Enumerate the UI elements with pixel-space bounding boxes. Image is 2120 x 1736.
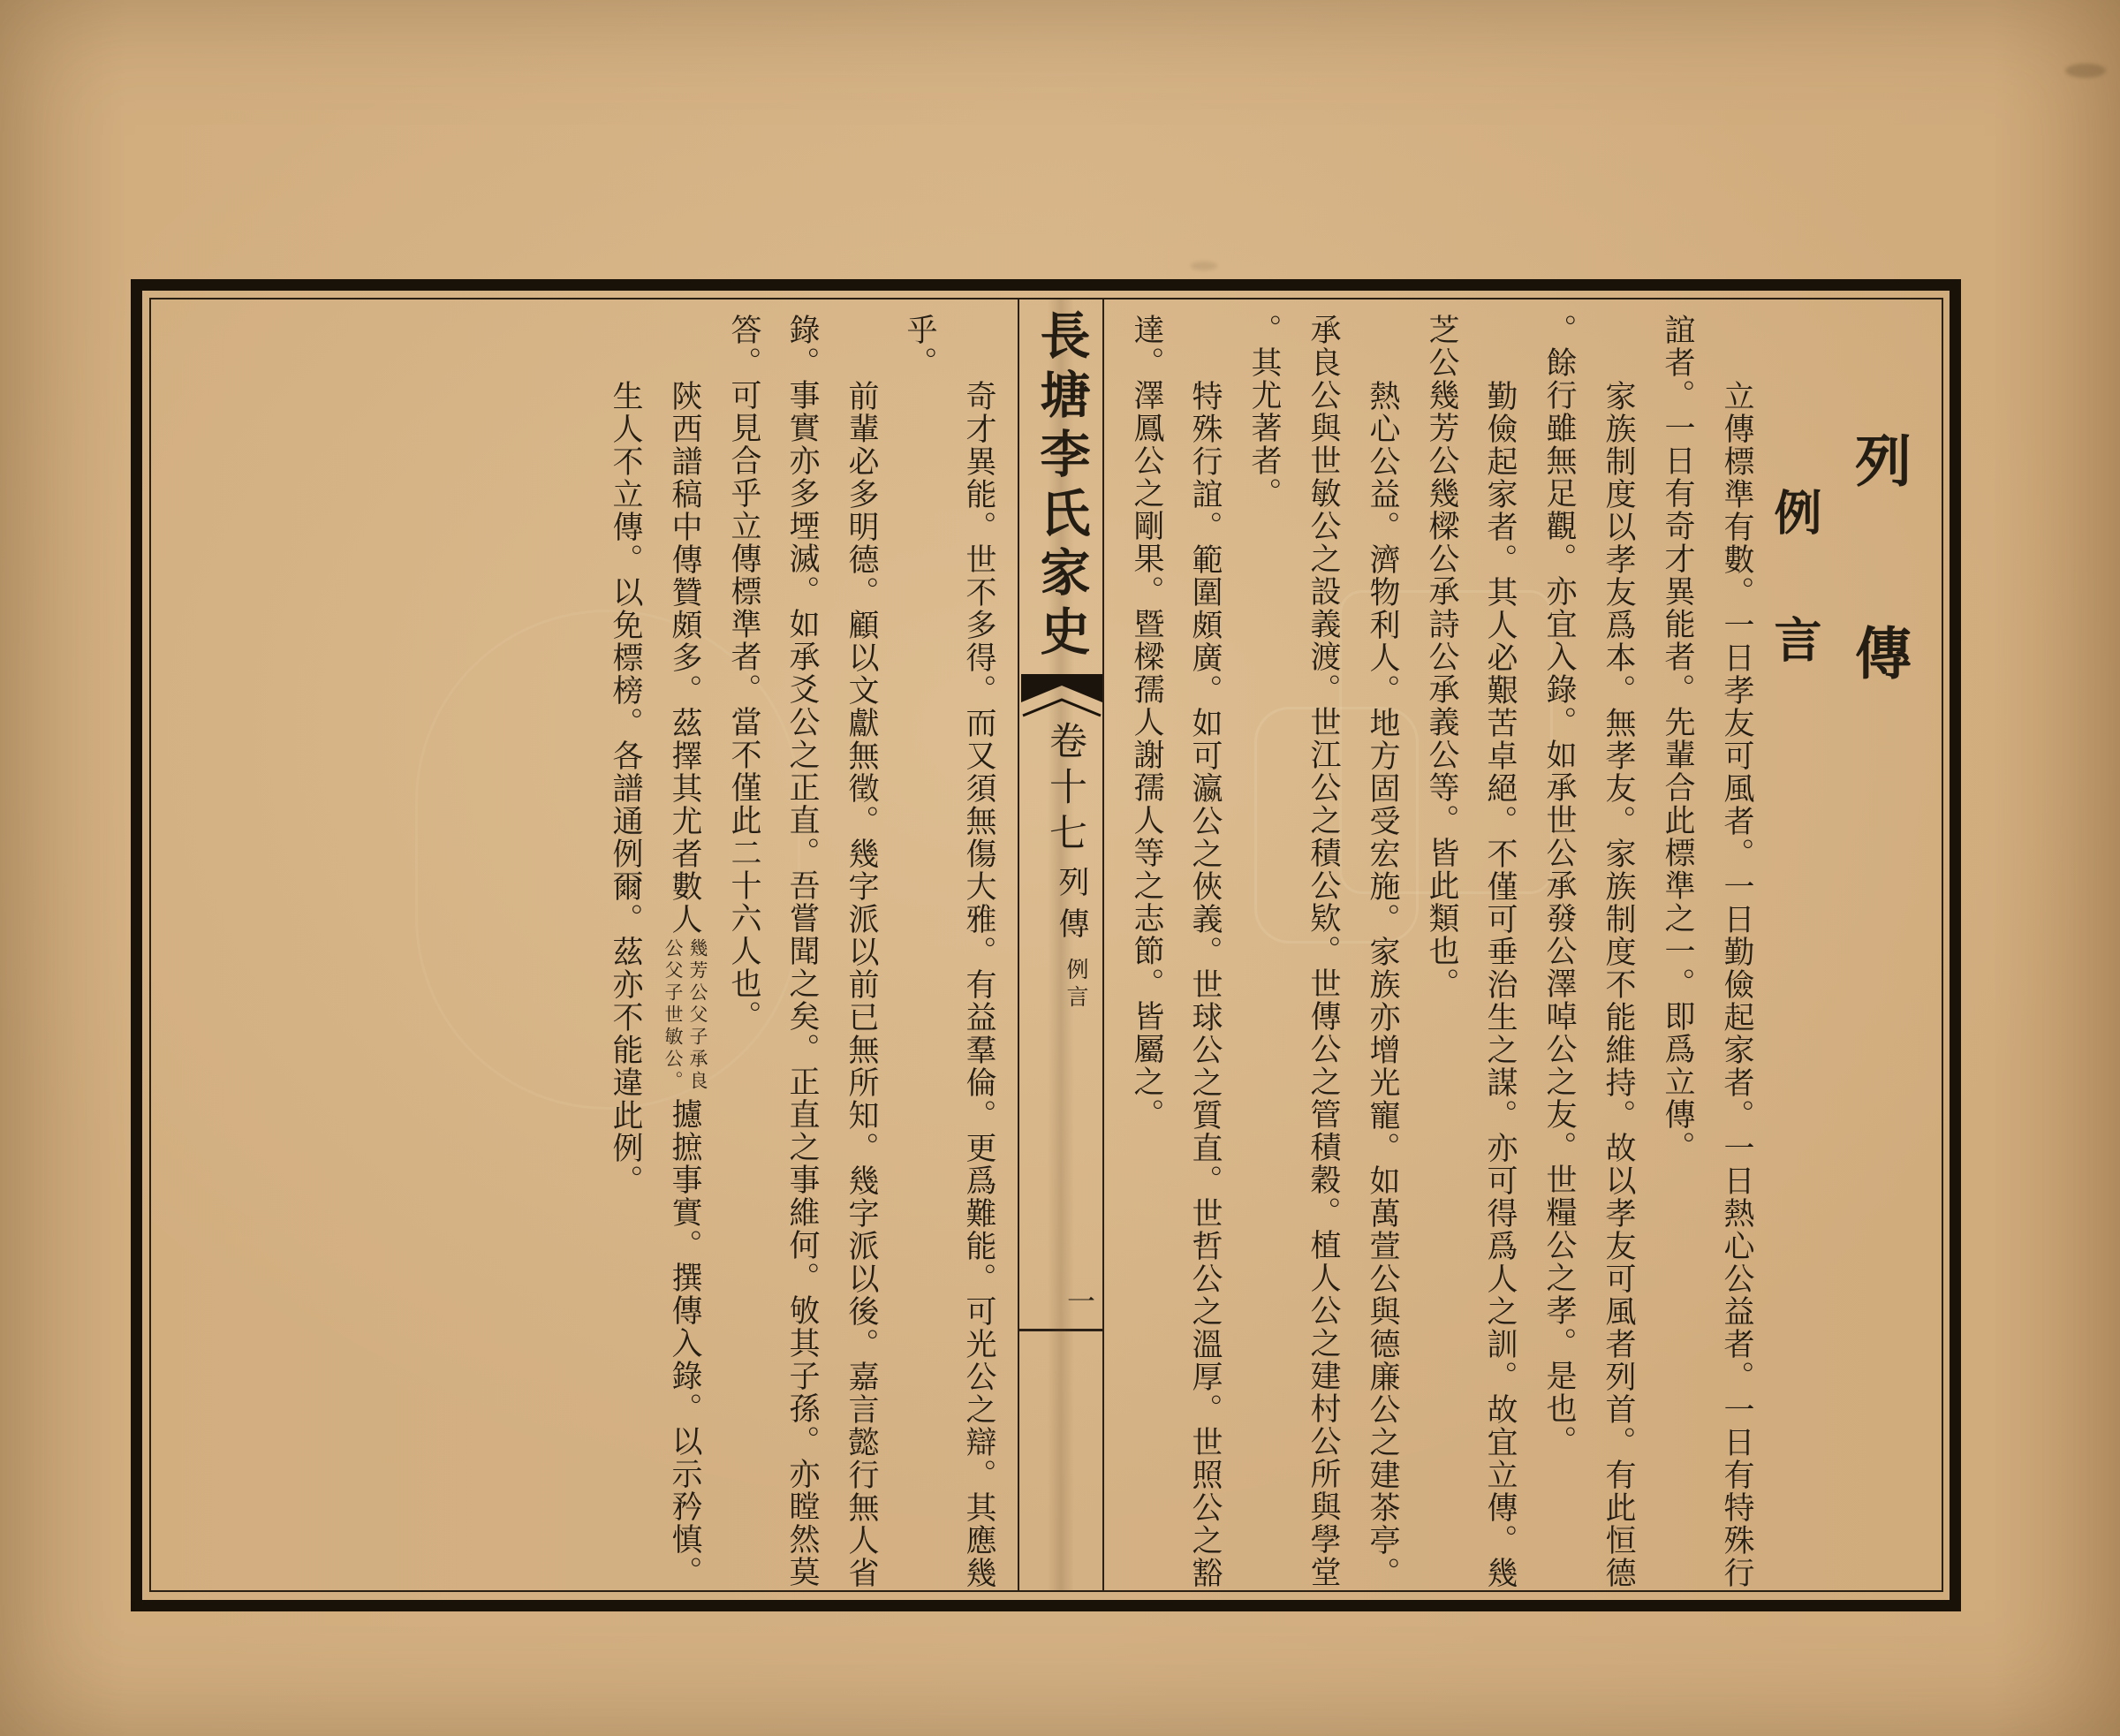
text-column: 。其尤著者。 <box>1249 314 1280 510</box>
subsection-title: 例言 <box>1770 488 1818 742</box>
text-column: 生人不立傳。以免標榜。各譜通例爾。茲亦不能違此例。 <box>610 380 641 1197</box>
spine-subsection-label: 例言 <box>1064 958 1086 1012</box>
smudge-mark <box>1191 262 1217 270</box>
text-column: 勤儉起家者。其人必艱苦卓絕。不僅可垂治生之謀。亦可得爲人之訓。故宜立傳。幾 <box>1485 380 1516 1589</box>
fishtail-mark-icon <box>1021 674 1102 720</box>
text-column: 芝公幾芳公幾樑公承詩公承義公等。皆此類也。 <box>1427 314 1457 1000</box>
text-column: 前輩必多明德。顧以文獻無徵。幾字派以前已無所知。幾字派以後。嘉言懿行無人省 <box>846 380 877 1589</box>
text-column: 錄。事實亦多堙滅。如承爻公之正直。吾嘗聞之矣。正直之事維何。敂其子孫。亦瞠然莫 <box>787 314 818 1588</box>
text-column: 陝西譜稿中傳贊頗多。茲擇其尤者數人 <box>670 380 700 936</box>
text-column: 立傳標準有數。一日孝友可風者。一日勤儉起家者。一日熱心公益者。一日有特殊行 <box>1722 380 1753 1589</box>
text-column-continuation: 攄摭事實。撰傳入錄。以示矜慎。 <box>670 1098 700 1588</box>
text-column: 。餘行雖無足觀。亦宜入錄。如承世公承發公澤啅公之友。世糧公之孝。是也。 <box>1544 314 1575 1458</box>
interlinear-note-left: 公父子世敏公。 <box>663 938 682 1093</box>
spine-left-rule <box>1018 299 1019 1590</box>
section-title: 列傳 <box>1850 431 1906 816</box>
text-column: 誼者。一日有奇才異能者。先輩合此標準之一。即爲立傳。 <box>1662 314 1693 1164</box>
text-column: 熱心公益。濟物利人。地方固受宏施。家族亦增光寵。如萬萱公與德廉公之建茶亭。 <box>1367 380 1398 1589</box>
spine-page-number: 一 <box>1065 1286 1094 1315</box>
spine-right-rule <box>1102 299 1104 1590</box>
text-column: 奇才異能。世不多得。而又須無傷大雅。有益羣倫。更爲難能。可光公之辯。其應幾 <box>964 380 995 1589</box>
spine-section-label: 列傳 <box>1056 866 1087 949</box>
text-column: 達。澤鳳公之剛果。暨樑孺人謝孺人等之志節。皆屬之。 <box>1132 314 1162 1131</box>
text-column: 特殊行誼。範圍頗廣。如可瀛公之俠義。世球公之質直。世哲公之溫厚。世照公之豁 <box>1190 380 1221 1589</box>
text-column: 乎。 <box>905 314 935 379</box>
text-column: 家族制度以孝友爲本。無孝友。家族制度不能維持。故以孝友可風者列首。有此恒德 <box>1603 380 1634 1589</box>
interlinear-note-right: 幾芳公父子承良 <box>688 938 707 1093</box>
book-spread-scan: 列傳 例言 立傳標準有數。一日孝友可風者。一日勤儉起家者。一日熱心公益者。一日有… <box>0 0 2120 1736</box>
spine-book-title: 長塘李氏家史 <box>1035 309 1086 664</box>
text-column: 答。可見合乎立傳標準者。當不僅此二十六人也。 <box>729 314 760 1033</box>
smudge-mark <box>2065 64 2106 78</box>
text-column: 承良公與世敏公之設義渡。世江公之積公欵。世傳公之管積穀。植人公之建村公所與學堂 <box>1308 314 1339 1588</box>
spine-volume-label: 卷十七 <box>1046 721 1084 859</box>
